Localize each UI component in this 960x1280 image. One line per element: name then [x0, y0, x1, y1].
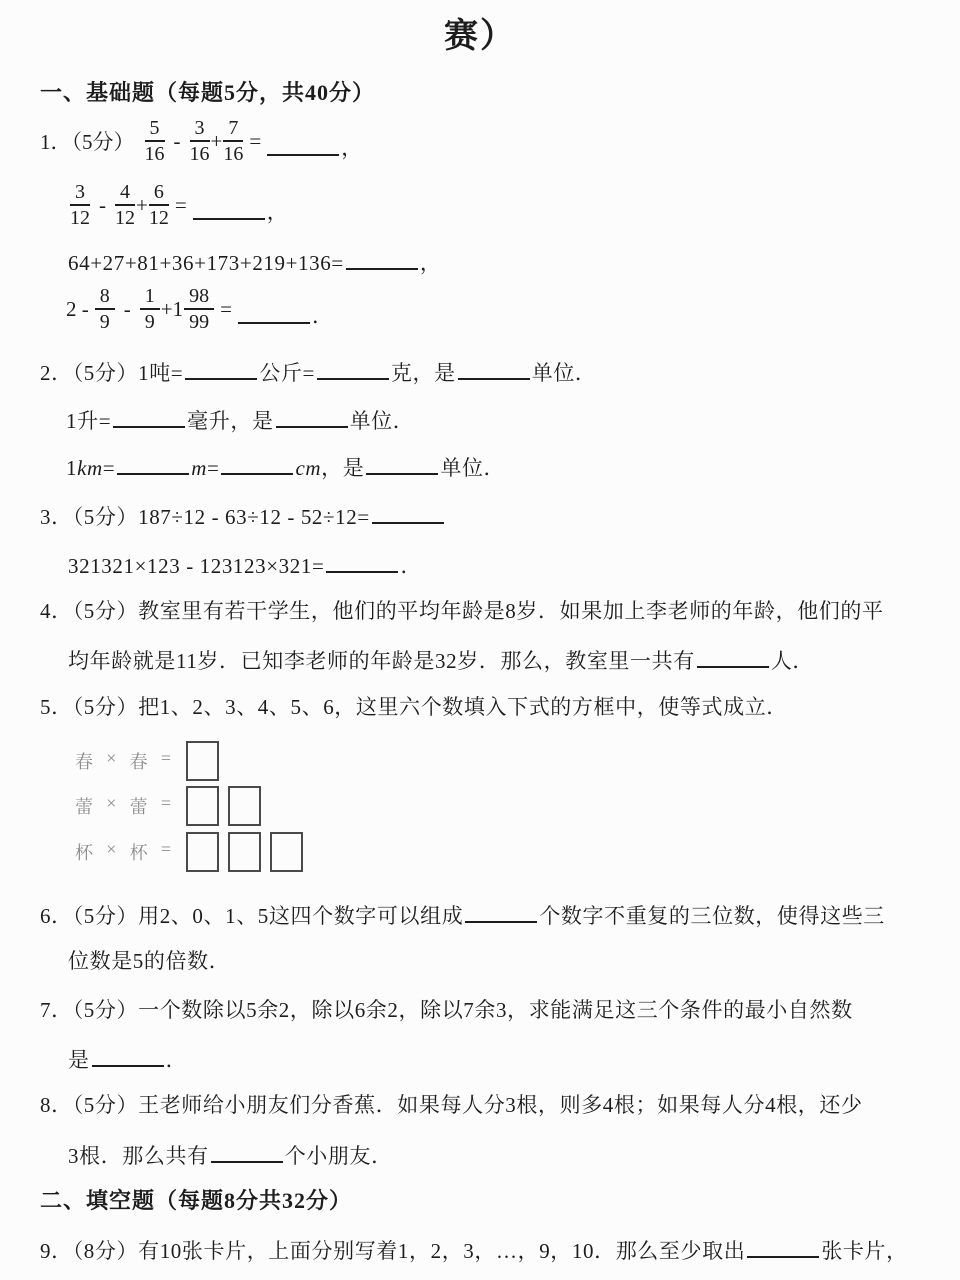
answer-box [228, 832, 261, 872]
q2-text: 2．（5分）1吨= [40, 361, 183, 385]
fraction: 716 [223, 117, 243, 166]
plus-operator: + [211, 129, 223, 154]
unit-m: m [191, 456, 207, 480]
blank-underline [465, 899, 537, 923]
q2-text: 单位． [350, 409, 415, 433]
char-bei: 杯 [75, 839, 93, 865]
q2-text: ，是 [321, 456, 364, 480]
q3-expression: 321321×123 - 123123×321= [68, 554, 324, 578]
fraction: 19 [140, 285, 160, 334]
q4-text: 人． [771, 649, 814, 673]
answer-box [186, 741, 219, 781]
equation-label: 杯×杯= [75, 839, 171, 865]
equals-sign: = [161, 839, 171, 865]
q6-line-2: 位数是5的倍数． [68, 946, 230, 976]
q2-line-2: 1升=毫升，是单位． [66, 404, 414, 436]
equals-sign: = [161, 748, 171, 774]
fraction: 516 [145, 117, 165, 166]
q2-text: 毫升，是 [187, 409, 273, 433]
plus-operator: + [136, 193, 148, 218]
q2-text: 克，是 [391, 361, 456, 385]
q4-line-1: 4．（5分）教室里有若干学生，他们的平均年龄是8岁．如果加上李老师的年龄，他们的… [40, 596, 884, 626]
blank-underline [366, 451, 438, 475]
blank-underline [372, 500, 444, 524]
q8-text: 8．（5分）王老师给小朋友们分香蕉．如果每人分3根，则多4根；如果每人分4根，还… [40, 1093, 863, 1117]
fraction-numerator: 4 [115, 181, 135, 206]
q3-expression: 3．（5分）187÷12 - 63÷12 - 52÷12= [40, 505, 370, 529]
sum-expression: 64+27+81+36+173+219+136= [68, 251, 344, 275]
q1-equation-3: 64+27+81+36+173+219+136=， [68, 246, 441, 278]
fraction-denominator: 9 [95, 310, 115, 333]
period: ． [312, 300, 333, 330]
blank-underline [267, 140, 339, 156]
q8-text: 3根．那么共有 [68, 1144, 209, 1168]
comma: ， [267, 196, 288, 226]
q7-line-2: 是． [68, 1043, 187, 1075]
fraction: 316 [190, 117, 210, 166]
q9-text: 张卡片， [821, 1239, 907, 1263]
fraction-numerator: 1 [140, 285, 160, 310]
fraction: 412 [115, 181, 135, 230]
fraction: 312 [70, 181, 90, 230]
comma: ， [341, 132, 362, 162]
q2-line-1: 2．（5分）1吨=公斤=克，是单位． [40, 356, 597, 388]
q5-equation-row-1: 春×春= [75, 741, 228, 781]
equation-label: 春×春= [75, 748, 171, 774]
fraction-numerator: 6 [149, 181, 169, 206]
times-sign: × [106, 793, 116, 819]
worksheet-page: 赛） 一、基础题（每题5分，共40分） 1．（5分） 516 - 316 + 7… [0, 0, 960, 1280]
q3-line-2: 321321×123 - 123123×321=． [68, 549, 422, 581]
q6-text: 6．（5分）用2、0、1、5这四个数字可以组成 [40, 904, 463, 928]
comma: ， [420, 251, 442, 275]
answer-box [228, 786, 261, 826]
q2-text: 1升= [66, 409, 111, 433]
q1-equation-1: 1．（5分） 516 - 316 + 716 = ， [40, 112, 362, 170]
fraction-denominator: 16 [190, 142, 210, 165]
period: ． [166, 1048, 188, 1072]
q7-text: 7．（5分）一个数除以5余2，除以6余2，除以7余3，求能满足这三个条件的最小自… [40, 998, 853, 1022]
equals-sign: = [249, 129, 261, 154]
minus-operator: - [99, 193, 106, 218]
q8-text: 个小朋友． [285, 1144, 393, 1168]
q9-line-1: 9．（8分）有10张卡片，上面分别写着1，2，3，…，9，10．那么至少取出张卡… [40, 1234, 908, 1266]
blank-underline [238, 308, 310, 324]
q7-text: 是 [68, 1048, 90, 1072]
minus-operator: - [124, 297, 131, 322]
unit-cm: cm [295, 456, 321, 480]
q8-line-1: 8．（5分）王老师给小朋友们分香蕉．如果每人分3根，则多4根；如果每人分4根，还… [40, 1090, 863, 1120]
char-lei: 蕾 [75, 793, 93, 819]
fraction-denominator: 12 [115, 206, 135, 229]
minus-operator: - [174, 129, 181, 154]
char-bei: 杯 [130, 839, 148, 865]
q2-text: 单位． [532, 361, 597, 385]
fraction: 612 [149, 181, 169, 230]
fraction-numerator: 8 [95, 285, 115, 310]
q4-text: 均年龄就是11岁．已知李老师的年龄是32岁．那么，教室里一共有 [68, 649, 695, 673]
period: ． [400, 554, 422, 578]
q2-text: 公斤= [259, 361, 315, 385]
times-sign: × [106, 748, 116, 774]
q6-text: 个数字不重复的三位数，使得这些三 [539, 904, 885, 928]
blank-underline [697, 644, 769, 668]
q6-line-1: 6．（5分）用2、0、1、5这四个数字可以组成个数字不重复的三位数，使得这些三 [40, 899, 885, 931]
equals-sign: = [103, 456, 115, 480]
char-chun: 春 [130, 748, 148, 774]
blank-underline [113, 404, 185, 428]
blank-underline [92, 1043, 164, 1067]
q3-line-1: 3．（5分）187÷12 - 63÷12 - 52÷12= [40, 500, 446, 532]
fraction-denominator: 12 [149, 206, 169, 229]
fraction-denominator: 12 [70, 206, 90, 229]
plus-one-term: +1 [161, 297, 183, 322]
blank-underline [317, 356, 389, 380]
blank-underline [276, 404, 348, 428]
fraction-denominator: 9 [140, 310, 160, 333]
answer-box [270, 832, 303, 872]
blank-underline [211, 1139, 283, 1163]
q2-text: 单位． [440, 456, 505, 480]
fraction-denominator: 16 [223, 142, 243, 165]
q1-equation-4: 2 - 89 - 19 +1 9899 = ． [66, 280, 333, 338]
blank-underline [326, 549, 398, 573]
fraction-denominator: 99 [184, 310, 214, 333]
fraction-numerator: 98 [184, 285, 214, 310]
equals-sign: = [207, 456, 219, 480]
q2-line-3: 1km=m=cm，是单位． [66, 451, 505, 483]
section-1-heading: 一、基础题（每题5分，共40分） [40, 76, 375, 107]
q2-text: 1 [66, 456, 77, 480]
equals-sign: = [175, 193, 187, 218]
q8-line-2: 3根．那么共有个小朋友． [68, 1139, 393, 1171]
q4-text: 4．（5分）教室里有若干学生，他们的平均年龄是8岁．如果加上李老师的年龄，他们的… [40, 599, 884, 623]
q9-text: 9．（8分）有10张卡片，上面分别写着1，2，3，…，9，10．那么至少取出 [40, 1239, 745, 1263]
blank-underline [185, 356, 257, 380]
q1-prefix: 1．（5分） [40, 126, 135, 156]
fraction-denominator: 16 [145, 142, 165, 165]
blank-underline [458, 356, 530, 380]
q1-equation-2: 312 - 412 + 612 = ， [70, 176, 288, 234]
blank-underline [346, 246, 418, 270]
equals-sign: = [220, 297, 232, 322]
q7-line-1: 7．（5分）一个数除以5余2，除以6余2，除以7余3，求能满足这三个条件的最小自… [40, 995, 853, 1025]
q6-text: 位数是5的倍数． [68, 949, 230, 973]
char-lei: 蕾 [130, 793, 148, 819]
fraction: 89 [95, 285, 115, 334]
equation-label: 蕾×蕾= [75, 793, 171, 819]
blank-underline [193, 204, 265, 220]
q4-line-2: 均年龄就是11岁．已知李老师的年龄是32岁．那么，教室里一共有人． [68, 644, 814, 676]
lead-term: 2 - [66, 297, 89, 322]
fraction-numerator: 3 [70, 181, 90, 206]
blank-underline [221, 451, 293, 475]
char-chun: 春 [75, 748, 93, 774]
q5-line-1: 5．（5分）把1、2、3、4、5、6，这里六个数填入下式的方框中，使等式成立． [40, 692, 788, 722]
q5-equation-row-3: 杯×杯= [75, 832, 312, 872]
fraction: 9899 [184, 285, 214, 334]
answer-box [186, 786, 219, 826]
unit-km: km [77, 456, 103, 480]
section-2-heading: 二、填空题（每题8分共32分） [40, 1184, 352, 1215]
page-title: 赛） [0, 8, 960, 57]
times-sign: × [106, 839, 116, 865]
q5-equation-row-2: 蕾×蕾= [75, 786, 270, 826]
fraction-numerator: 7 [223, 117, 243, 142]
q5-text: 5．（5分）把1、2、3、4、5、6，这里六个数填入下式的方框中，使等式成立． [40, 695, 788, 719]
blank-underline [117, 451, 189, 475]
blank-underline [747, 1234, 819, 1258]
answer-box [186, 832, 219, 872]
fraction-numerator: 3 [190, 117, 210, 142]
fraction-numerator: 5 [145, 117, 165, 142]
equals-sign: = [161, 793, 171, 819]
